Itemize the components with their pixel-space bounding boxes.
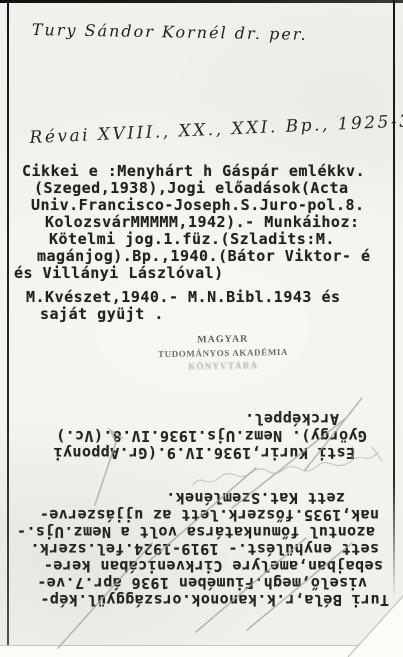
typed-line: (Szeged,1938),Jogi előadások(Acta	[14, 180, 394, 197]
rotated-biography-block: Turi Béla,r.k.kanonok.országgyül.kép- vi…	[8, 396, 395, 608]
typed-line: saját gyüjt .	[14, 306, 394, 323]
scanned-catalog-card: Tury Sándor Kornél dr. per. Révai XVIII.…	[0, 0, 403, 657]
rotated-typed-line: György). Nemz.Ujs.1936.IV.8.(Vc.)	[8, 427, 395, 444]
rotated-typed-line: sett enyhülést.- 1919-1924.fel.szerk.	[8, 540, 395, 557]
card-edge-bottom	[0, 645, 403, 657]
typed-line: Cikkei e :Menyhárt h Gáspár emlékkv.	[14, 163, 394, 180]
rotated-typed-line: viselő,megh.Fiumében 1936 ápr.7.ve-	[8, 574, 395, 591]
stamp-line: TUDOMÁNYOS AKADÉMIA	[138, 347, 308, 360]
typed-bibliography-block: Cikkei e :Menyhárt h Gáspár emlékkv. (Sz…	[14, 163, 394, 323]
rotated-typed-line: Esti Kurir,1936.IV.9.(Gr.Apponyi	[8, 444, 395, 461]
rotated-typed-line: nak,1935.főszerk.lett az ujjászerve-	[8, 506, 395, 523]
typed-line: Kötelmi jog.1.füz.(Szladits:M.	[14, 231, 394, 248]
handwritten-owner-note: Tury Sándor Kornél dr. per.	[32, 20, 308, 44]
handwritten-revai-note: Révai XVIII., XX., XXI. Bp., 1925-35.	[29, 110, 403, 148]
stamp-line: KÖNYVTÁRA	[138, 360, 308, 373]
rotated-typed-line: sebajban,amelyre Cirkvenicában kere-	[8, 557, 395, 574]
rotated-typed-line: zett Kat.Szemlének.	[8, 489, 395, 506]
rotated-typed-line: Turi Béla,r.k.kanonok.országgyül.kép-	[8, 591, 395, 608]
stamp-line: MAGYAR	[138, 333, 308, 347]
typed-line: M.Kvészet,1940.- M.N.Bibl.1943 és	[14, 289, 394, 306]
typed-line: KolozsvárMMMMM,1942).- Munkáihoz:	[14, 214, 394, 231]
library-stamp: MAGYAR TUDOMÁNYOS AKADÉMIA KÖNYVTÁRA	[138, 333, 309, 373]
typed-line: Univ.Francisco-Joseph.S.Juro-pol.8.	[14, 197, 394, 214]
card-edge-top	[0, 0, 403, 3]
rotated-typed-line: azontul főmunkatársa volt a Nemz.Ujs.-	[8, 523, 395, 540]
typed-line: és Villányi Lászlóval)	[14, 265, 394, 282]
rotated-typed-line: Arcképpel.	[8, 410, 395, 427]
typed-line: magánjog).Bp.,1940.(Bátor Viktor- é	[14, 248, 394, 265]
